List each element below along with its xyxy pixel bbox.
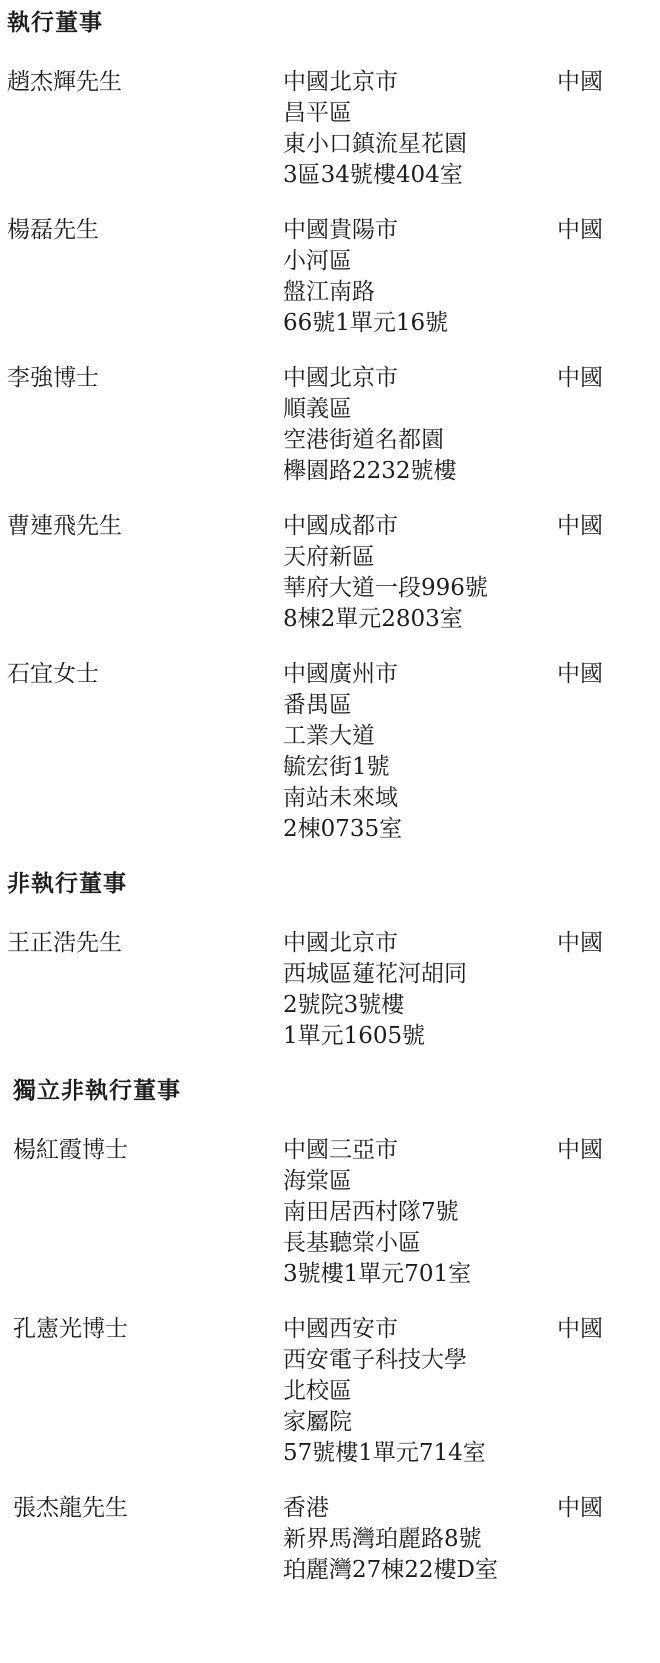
- director-address: 中國北京市西城區蓮花河胡同2號院3號樓1單元1605號: [283, 928, 557, 1052]
- director-address: 中國廣州市番禺區工業大道毓宏街1號南站未來域2棟0735室: [283, 659, 557, 845]
- director-row: 楊紅霞博士中國三亞市海棠區南田居西村隊7號長基聽棠小區3號樓1單元701室中國: [7, 1135, 660, 1290]
- address-line: 天府新區: [283, 542, 557, 573]
- address-line: 昌平區: [283, 98, 557, 129]
- director-nationality: 中國: [557, 1493, 660, 1524]
- address-line: 家屬院: [283, 1407, 557, 1438]
- director-address: 中國貴陽市小河區盤江南路66號1單元16號: [283, 215, 557, 339]
- address-line: 2號院3號樓: [283, 990, 557, 1021]
- address-line: 57號樓1單元714室: [283, 1438, 557, 1469]
- address-line: 小河區: [283, 246, 557, 277]
- address-line: 香港: [283, 1493, 557, 1524]
- director-address: 中國北京市昌平區東小口鎮流星花園3區34號樓404室: [283, 67, 557, 191]
- address-line: 中國北京市: [283, 67, 557, 98]
- address-line: 櫸園路2232號樓: [283, 456, 557, 487]
- address-line: 中國三亞市: [283, 1135, 557, 1166]
- director-name: 孔憲光博士: [7, 1314, 283, 1345]
- director-nationality: 中國: [557, 215, 660, 246]
- address-line: 中國成都市: [283, 511, 557, 542]
- address-line: 南站未來域: [283, 783, 557, 814]
- director-name: 楊磊先生: [7, 215, 283, 246]
- director-name: 李強博士: [7, 363, 283, 394]
- address-line: 順義區: [283, 394, 557, 425]
- address-line: 中國北京市: [283, 363, 557, 394]
- address-line: 西安電子科技大學: [283, 1345, 557, 1376]
- director-name: 楊紅霞博士: [7, 1135, 283, 1166]
- director-section: 獨立非執行董事楊紅霞博士中國三亞市海棠區南田居西村隊7號長基聽棠小區3號樓1單元…: [7, 1076, 660, 1586]
- director-row: 趙杰輝先生中國北京市昌平區東小口鎮流星花園3區34號樓404室中國: [7, 67, 660, 191]
- director-address: 中國成都市天府新區華府大道一段996號8棟2單元2803室: [283, 511, 557, 635]
- address-line: 2棟0735室: [283, 814, 557, 845]
- director-name: 趙杰輝先生: [7, 67, 283, 98]
- section-heading: 獨立非執行董事: [7, 1076, 660, 1107]
- director-nationality: 中國: [557, 363, 660, 394]
- director-row: 曹連飛先生中國成都市天府新區華府大道一段996號8棟2單元2803室中國: [7, 511, 660, 635]
- section-heading: 非執行董事: [7, 869, 660, 900]
- director-nationality: 中國: [557, 659, 660, 690]
- section-heading: 執行董事: [7, 8, 660, 39]
- director-nationality: 中國: [557, 67, 660, 98]
- director-row: 張杰龍先生香港新界馬灣珀麗路8號珀麗灣27棟22樓D室中國: [7, 1493, 660, 1586]
- directors-list-page: 執行董事趙杰輝先生中國北京市昌平區東小口鎮流星花園3區34號樓404室中國楊磊先…: [0, 0, 660, 1630]
- address-line: 中國北京市: [283, 928, 557, 959]
- address-line: 東小口鎮流星花園: [283, 129, 557, 160]
- address-line: 工業大道: [283, 721, 557, 752]
- address-line: 西城區蓮花河胡同: [283, 959, 557, 990]
- director-section: 執行董事趙杰輝先生中國北京市昌平區東小口鎮流星花園3區34號樓404室中國楊磊先…: [7, 8, 660, 845]
- address-line: 3區34號樓404室: [283, 160, 557, 191]
- address-line: 珀麗灣27棟22樓D室: [283, 1555, 557, 1586]
- director-address: 中國北京市順義區空港街道名都園櫸園路2232號樓: [283, 363, 557, 487]
- director-nationality: 中國: [557, 511, 660, 542]
- director-nationality: 中國: [557, 928, 660, 959]
- address-line: 空港街道名都園: [283, 425, 557, 456]
- address-line: 8棟2單元2803室: [283, 604, 557, 635]
- address-line: 3號樓1單元701室: [283, 1259, 557, 1290]
- address-line: 66號1單元16號: [283, 308, 557, 339]
- director-address: 中國三亞市海棠區南田居西村隊7號長基聽棠小區3號樓1單元701室: [283, 1135, 557, 1290]
- director-name: 曹連飛先生: [7, 511, 283, 542]
- director-name: 王正浩先生: [7, 928, 283, 959]
- director-name: 石宜女士: [7, 659, 283, 690]
- address-line: 番禺區: [283, 690, 557, 721]
- director-nationality: 中國: [557, 1314, 660, 1345]
- address-line: 長基聽棠小區: [283, 1228, 557, 1259]
- address-line: 北校區: [283, 1376, 557, 1407]
- address-line: 海棠區: [283, 1166, 557, 1197]
- director-nationality: 中國: [557, 1135, 660, 1166]
- address-line: 南田居西村隊7號: [283, 1197, 557, 1228]
- director-row: 楊磊先生中國貴陽市小河區盤江南路66號1單元16號中國: [7, 215, 660, 339]
- director-row: 李強博士中國北京市順義區空港街道名都園櫸園路2232號樓中國: [7, 363, 660, 487]
- address-line: 盤江南路: [283, 277, 557, 308]
- director-name: 張杰龍先生: [7, 1493, 283, 1524]
- address-line: 毓宏街1號: [283, 752, 557, 783]
- director-section: 非執行董事王正浩先生中國北京市西城區蓮花河胡同2號院3號樓1單元1605號中國: [7, 869, 660, 1052]
- address-line: 1單元1605號: [283, 1021, 557, 1052]
- director-row: 王正浩先生中國北京市西城區蓮花河胡同2號院3號樓1單元1605號中國: [7, 928, 660, 1052]
- director-row: 孔憲光博士中國西安市西安電子科技大學北校區家屬院57號樓1單元714室中國: [7, 1314, 660, 1469]
- director-address: 中國西安市西安電子科技大學北校區家屬院57號樓1單元714室: [283, 1314, 557, 1469]
- address-line: 華府大道一段996號: [283, 573, 557, 604]
- address-line: 中國廣州市: [283, 659, 557, 690]
- director-address: 香港新界馬灣珀麗路8號珀麗灣27棟22樓D室: [283, 1493, 557, 1586]
- address-line: 中國貴陽市: [283, 215, 557, 246]
- address-line: 中國西安市: [283, 1314, 557, 1345]
- director-row: 石宜女士中國廣州市番禺區工業大道毓宏街1號南站未來域2棟0735室中國: [7, 659, 660, 845]
- address-line: 新界馬灣珀麗路8號: [283, 1524, 557, 1555]
